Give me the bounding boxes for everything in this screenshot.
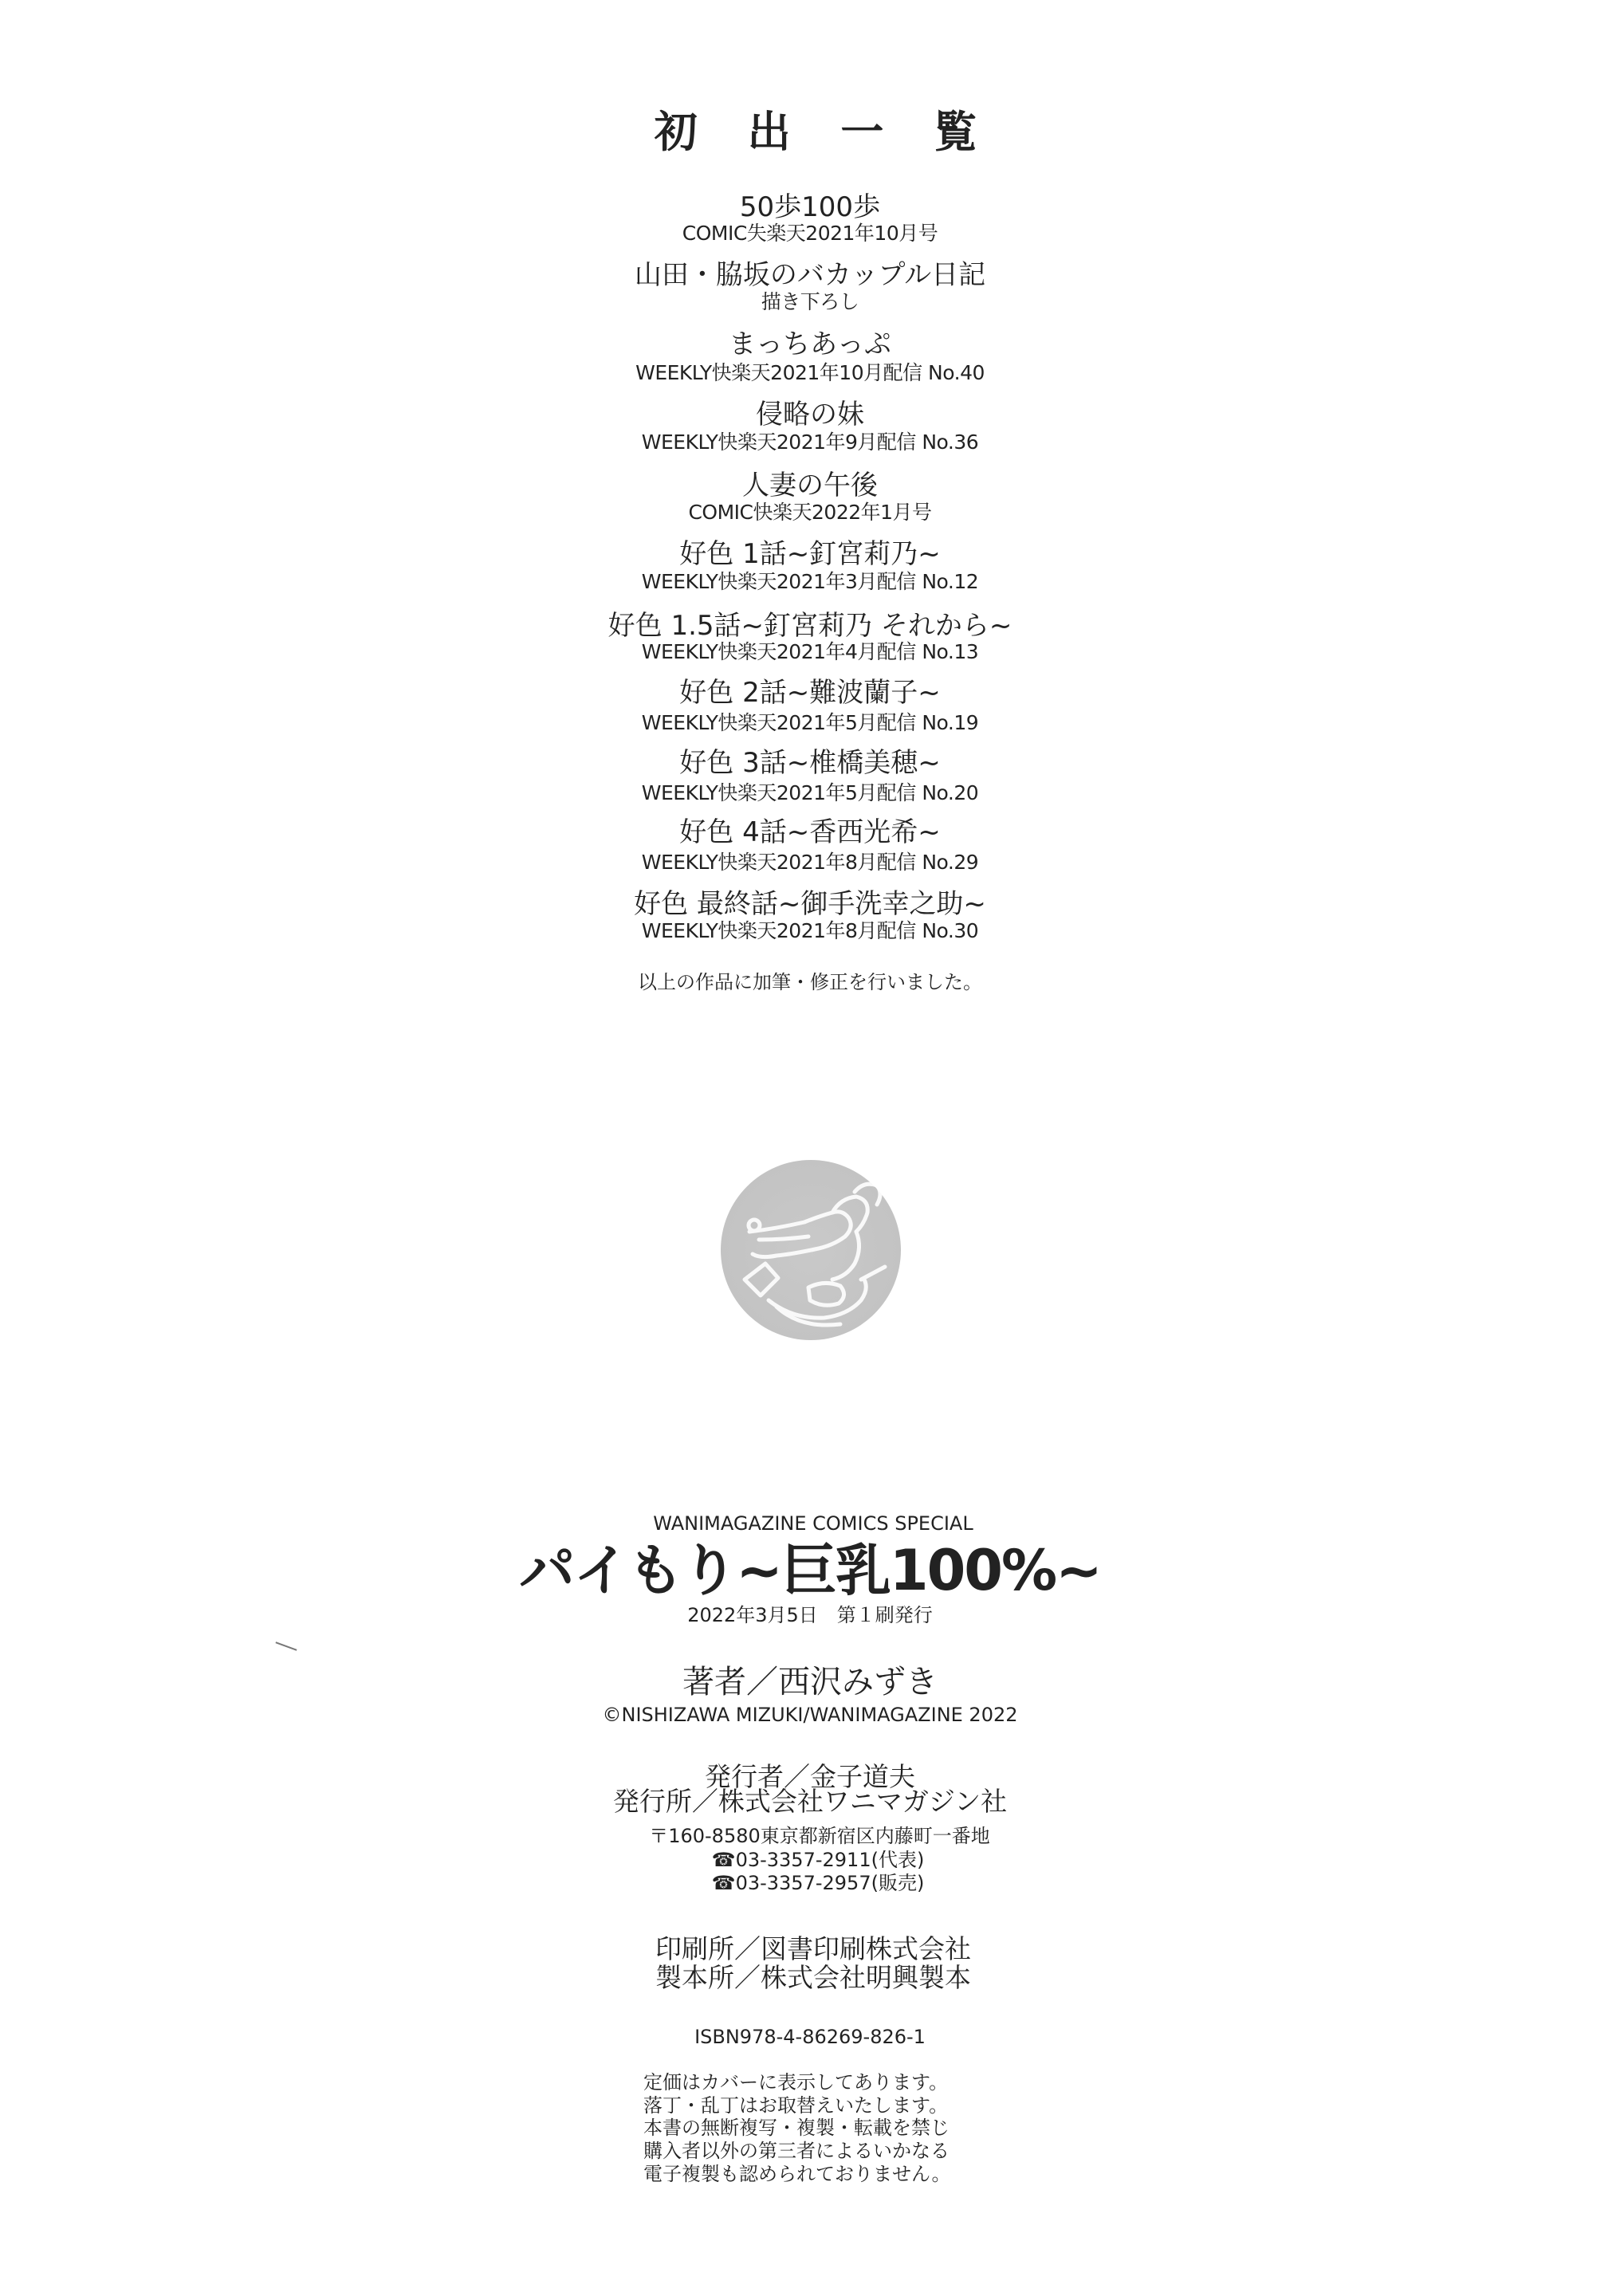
work-source: WEEKLY快楽天2021年9月配信 No.36 <box>0 432 1620 452</box>
crocodile-emblem-graphic <box>721 1160 901 1340</box>
publish-date: 2022年3月5日 第１刷発行 <box>0 1606 1620 1625</box>
work-title: 山田・脇坂のバカップル日記 <box>0 261 1620 289</box>
work-title: 好色 1話~釘宮莉乃~ <box>0 541 1620 568</box>
notice-line: 定価はカバーに表示してあります。 <box>643 2071 950 2094</box>
phone-sales: ☎03-3357-2957(販売) <box>0 1873 1620 1893</box>
work-source: WEEKLY快楽天2021年3月配信 No.12 <box>0 572 1620 592</box>
revision-note: 以上の作品に加筆・修正を行いました。 <box>0 973 1620 992</box>
notice-line: 本書の無断複写・複製・転載を禁じ <box>643 2117 950 2140</box>
work-source: WEEKLY快楽天2021年5月配信 No.19 <box>0 713 1620 733</box>
notice-line: 購入者以外の第三者によるいかなる <box>643 2140 950 2163</box>
publisher-company: 発行所／株式会社ワニマガジン社 <box>0 1788 1620 1814</box>
work-title: 50歩100歩 <box>0 194 1620 221</box>
work-source: COMIC失楽天2021年10月号 <box>0 223 1620 243</box>
work-source: WEEKLY快楽天2021年5月配信 No.20 <box>0 783 1620 803</box>
scan-speck <box>276 1641 297 1650</box>
heading-text: 初 出 一 覧 <box>655 111 994 154</box>
work-title: 好色 3話~椎橋美穂~ <box>0 749 1620 776</box>
work-title: 人妻の午後 <box>0 472 1620 499</box>
isbn: ISBN978-4-86269-826-1 <box>0 2027 1620 2046</box>
notice-line: 落丁・乱丁はお取替えいたします。 <box>643 2094 950 2117</box>
work-source: WEEKLY快楽天2021年4月配信 No.13 <box>0 642 1620 662</box>
work-source: 描き下ろし <box>0 292 1620 312</box>
work-title: 好色 4話~香西光希~ <box>0 819 1620 846</box>
work-title: 好色 1.5話~釘宮莉乃 それから~ <box>0 612 1620 639</box>
book-title: パイもり~巨乳100%~ <box>0 1543 1620 1598</box>
work-source: WEEKLY快楽天2021年8月配信 No.29 <box>0 852 1620 872</box>
binder-credit: 製本所／株式会社明興製本 <box>0 1964 1620 1991</box>
work-title: まっちあっぷ <box>0 331 1620 358</box>
work-source: WEEKLY快楽天2021年10月配信 No.40 <box>0 363 1620 383</box>
series-name: WANIMAGAZINE COMICS SPECIAL <box>0 1514 1620 1533</box>
work-source: COMIC快楽天2022年1月号 <box>0 502 1620 522</box>
page-heading: 初 出 一 覧 <box>0 111 1620 154</box>
publisher-address: 〒160-8580東京都新宿区内藤町一番地 <box>0 1826 1620 1846</box>
author-credit: 著者／西沢みずき <box>0 1666 1620 1698</box>
work-title: 侵略の妹 <box>0 401 1620 428</box>
work-title: 好色 最終話~御手洗幸之助~ <box>0 890 1620 918</box>
phone-main: ☎03-3357-2911(代表) <box>0 1850 1620 1869</box>
work-source: WEEKLY快楽天2021年8月配信 No.30 <box>0 921 1620 941</box>
copyright: ©NISHIZAWA MIZUKI/WANIMAGAZINE 2022 <box>0 1705 1620 1724</box>
notice-line: 電子複製も認められておりません。 <box>643 2163 950 2186</box>
printer-credit: 印刷所／図書印刷株式会社 <box>0 1936 1620 1962</box>
crocodile-emblem-icon <box>721 1160 901 1340</box>
legal-notice: 定価はカバーに表示してあります。 落丁・乱丁はお取替えいたします。 本書の無断複… <box>643 2071 950 2186</box>
work-title: 好色 2話~難波蘭子~ <box>0 679 1620 706</box>
